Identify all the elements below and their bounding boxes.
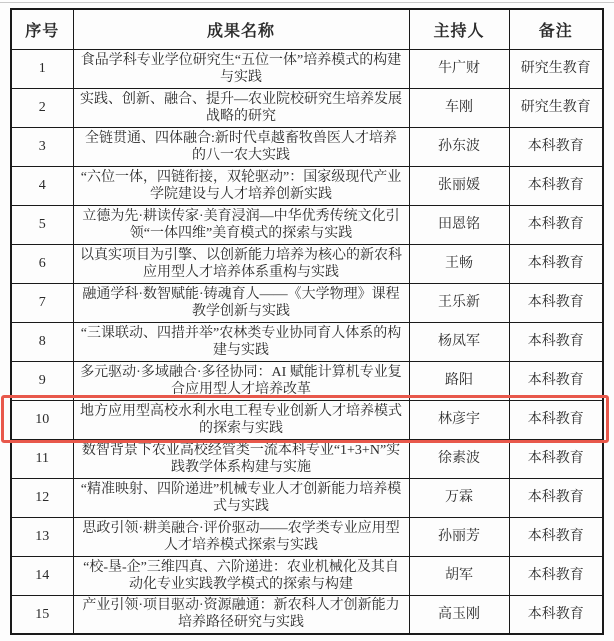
remark: 本科教育 (509, 127, 603, 166)
leader-name: 牛广财 (409, 49, 509, 88)
leader-name: 田恩铭 (409, 205, 509, 244)
remark: 本科教育 (509, 439, 603, 478)
row-number: 11 (11, 439, 73, 478)
row-number: 2 (11, 88, 73, 127)
leader-name: 张丽媛 (409, 166, 509, 205)
achievement-name: “三课联动、四措并举”农林类专业协同育人体系的构建与实践 (73, 322, 409, 361)
remark: 本科教育 (509, 322, 603, 361)
row-number: 13 (11, 517, 73, 556)
table-row: 1 食品学科专业学位研究生“五位一体”培养模式的构建与实践 牛广财 研究生教育 (11, 49, 603, 88)
top-divider (0, 2, 614, 3)
achievement-name: “校-垦-企”三维四真、六阶递进：农业机械化及其自动化专业实践教学模式的探索与构… (73, 556, 409, 595)
achievement-name: “六位一体，四链衔接，双轮驱动”：国家级现代产业学院建设与人才培养创新实践 (73, 166, 409, 205)
header-no: 序号 (11, 9, 73, 49)
table-row: 4 “六位一体，四链衔接，双轮驱动”：国家级现代产业学院建设与人才培养创新实践 … (11, 166, 603, 205)
table-row: 3 全链贯通、四体融合:新时代卓越畜牧兽医人才培养的八一农大实践 孙东波 本科教… (11, 127, 603, 166)
row-number: 4 (11, 166, 73, 205)
remark: 本科教育 (509, 361, 603, 400)
table-row: 5 立德为先·耕读传家·美育浸润—中华优秀传统文化引领“一体四维”美育模式的探索… (11, 205, 603, 244)
row-number: 14 (11, 556, 73, 595)
header-remark: 备注 (509, 9, 603, 49)
table-row: 15 产业引领·项目驱动·资源融通：新农科人才创新能力培养路径研究与实践 高玉刚… (11, 595, 603, 634)
achievement-name: 全链贯通、四体融合:新时代卓越畜牧兽医人才培养的八一农大实践 (73, 127, 409, 166)
remark: 本科教育 (509, 400, 603, 439)
table-row: 9 多元驱动·多域融合·多径协同：AI 赋能计算机专业复合应用型人才培养改革 路… (11, 361, 603, 400)
achievement-name: 食品学科专业学位研究生“五位一体”培养模式的构建与实践 (73, 49, 409, 88)
leader-name: 车刚 (409, 88, 509, 127)
leader-name: 万霖 (409, 478, 509, 517)
remark: 研究生教育 (509, 88, 603, 127)
leader-name: 杨凤军 (409, 322, 509, 361)
row-number: 8 (11, 322, 73, 361)
table-row: 7 融通学科·数智赋能·铸魂育人——《大学物理》课程教学创新与实践 王乐新 本科… (11, 283, 603, 322)
table-row: 12 “精准映射、四阶递进”机械专业人才创新能力培养模式与实践 万霖 本科教育 (11, 478, 603, 517)
row-number: 6 (11, 244, 73, 283)
leader-name: 路阳 (409, 361, 509, 400)
leader-name: 王乐新 (409, 283, 509, 322)
row-number: 1 (11, 49, 73, 88)
remark: 本科教育 (509, 283, 603, 322)
header-leader: 主持人 (409, 9, 509, 49)
achievement-name: 实践、创新、融合、提升—农业院校研究生培养发展战略的研究 (73, 88, 409, 127)
remark: 本科教育 (509, 166, 603, 205)
results-table: 序号 成果名称 主持人 备注 1 食品学科专业学位研究生“五位一体”培养模式的构… (10, 8, 604, 635)
achievement-name: 数智背景下农业高校经管类一流本科专业“1+3+N”实践教学体系构建与实施 (73, 439, 409, 478)
row-number: 7 (11, 283, 73, 322)
remark: 本科教育 (509, 478, 603, 517)
table-row: 2 实践、创新、融合、提升—农业院校研究生培养发展战略的研究 车刚 研究生教育 (11, 88, 603, 127)
row-number: 15 (11, 595, 73, 634)
achievement-name: 融通学科·数智赋能·铸魂育人——《大学物理》课程教学创新与实践 (73, 283, 409, 322)
remark: 本科教育 (509, 556, 603, 595)
table-row: 11 数智背景下农业高校经管类一流本科专业“1+3+N”实践教学体系构建与实施 … (11, 439, 603, 478)
achievement-name: “精准映射、四阶递进”机械专业人才创新能力培养模式与实践 (73, 478, 409, 517)
row-number: 9 (11, 361, 73, 400)
leader-name: 胡军 (409, 556, 509, 595)
row-number: 3 (11, 127, 73, 166)
achievement-name: 立德为先·耕读传家·美育浸润—中华优秀传统文化引领“一体四维”美育模式的探索与实… (73, 205, 409, 244)
leader-name: 徐素波 (409, 439, 509, 478)
table-row: 13 思政引领·耕美融合·评价驱动——农学类专业应用型人才培养模式探索与实践 孙… (11, 517, 603, 556)
leader-name: 林彦宇 (409, 400, 509, 439)
achievement-name: 以真实项目为引擎、以创新能力培养为核心的新农科应用型人才培养体系重构与实践 (73, 244, 409, 283)
table-row: 14 “校-垦-企”三维四真、六阶递进：农业机械化及其自动化专业实践教学模式的探… (11, 556, 603, 595)
achievement-name: 多元驱动·多域融合·多径协同：AI 赋能计算机专业复合应用型人才培养改革 (73, 361, 409, 400)
row-number: 5 (11, 205, 73, 244)
table-row: 8 “三课联动、四措并举”农林类专业协同育人体系的构建与实践 杨凤军 本科教育 (11, 322, 603, 361)
remark: 本科教育 (509, 205, 603, 244)
remark: 本科教育 (509, 244, 603, 283)
leader-name: 王畅 (409, 244, 509, 283)
table-header-row: 序号 成果名称 主持人 备注 (11, 9, 603, 49)
table-row-highlighted: 10 地方应用型高校水利水电工程专业创新人才培养模式的探索与实践 林彦宇 本科教… (11, 400, 603, 439)
achievement-name: 产业引领·项目驱动·资源融通：新农科人才创新能力培养路径研究与实践 (73, 595, 409, 634)
remark: 本科教育 (509, 517, 603, 556)
leader-name: 孙丽芳 (409, 517, 509, 556)
row-number: 12 (11, 478, 73, 517)
leader-name: 高玉刚 (409, 595, 509, 634)
leader-name: 孙东波 (409, 127, 509, 166)
remark: 本科教育 (509, 595, 603, 634)
row-number: 10 (11, 400, 73, 439)
table-row: 6 以真实项目为引擎、以创新能力培养为核心的新农科应用型人才培养体系重构与实践 … (11, 244, 603, 283)
achievement-name: 地方应用型高校水利水电工程专业创新人才培养模式的探索与实践 (73, 400, 409, 439)
header-name: 成果名称 (73, 9, 409, 49)
achievement-name: 思政引领·耕美融合·评价驱动——农学类专业应用型人才培养模式探索与实践 (73, 517, 409, 556)
remark: 研究生教育 (509, 49, 603, 88)
